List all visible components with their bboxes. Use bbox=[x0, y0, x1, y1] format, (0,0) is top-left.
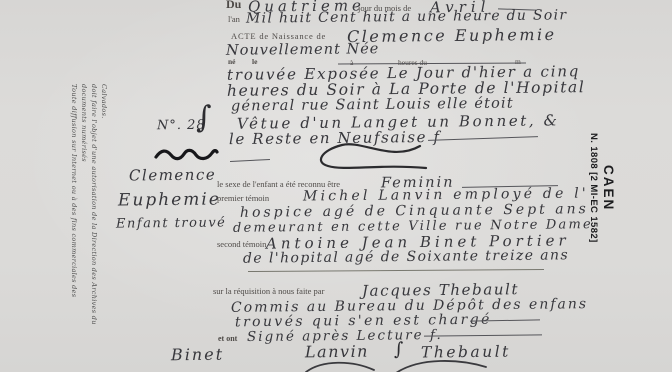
line-filler-dash bbox=[470, 319, 540, 321]
margin-name-2: Euphemie bbox=[118, 189, 221, 210]
printed-ne: né bbox=[228, 57, 236, 66]
printed-du: Du bbox=[226, 0, 241, 12]
horizontal-rule bbox=[248, 269, 544, 272]
bottom-flourishes bbox=[300, 358, 490, 372]
margin-name-3: Enfant trouvé bbox=[116, 215, 226, 231]
hw-year-hour: Mil huit Cent huit a une heure du Soir bbox=[246, 7, 567, 26]
archive-reference-stamp: CAEN N. 1808 [2 MI-EC 1582] bbox=[586, 118, 616, 258]
copyright-line-2: doit faire l'objet d'une autorisation de… bbox=[89, 84, 109, 336]
central-paraph-flourish bbox=[300, 140, 430, 174]
scanned-register-page: Toute diffusion sur Internet ou à des fi… bbox=[0, 0, 672, 372]
printed-temoin2-label: second témoin bbox=[217, 239, 266, 249]
printed-lan: l'an bbox=[228, 14, 240, 24]
printed-temoin1-label: premier témoin bbox=[217, 193, 269, 203]
hw-temoin2-line2: de l'hopital agé de Soixante treize ans bbox=[243, 247, 569, 266]
stamp-city: CAEN bbox=[600, 118, 616, 258]
margin-squiggle-flourish bbox=[154, 147, 218, 161]
hw-nouvellement-nee: Nouvellement Née bbox=[226, 41, 380, 59]
copyright-notice: Toute diffusion sur Internet ou à des fi… bbox=[69, 84, 109, 336]
printed-acte-de-naissance: ACTE de Naissance de bbox=[231, 31, 326, 41]
small-dash bbox=[230, 159, 270, 162]
printed-et-ont: et ont bbox=[218, 334, 237, 343]
printed-requisition-label: sur la réquisition à nous faite par bbox=[213, 286, 324, 296]
line-filler-dash bbox=[424, 334, 542, 336]
signature-binet: Binet bbox=[171, 345, 224, 365]
copyright-line-1: Toute diffusion sur Internet ou à des fi… bbox=[69, 84, 89, 336]
margin-paraph-flourish: ∫ bbox=[196, 100, 212, 135]
signature-paraph: ∫ bbox=[394, 339, 404, 360]
margin-name-1: Clemence bbox=[129, 166, 216, 185]
line-filler-dash bbox=[428, 136, 538, 141]
